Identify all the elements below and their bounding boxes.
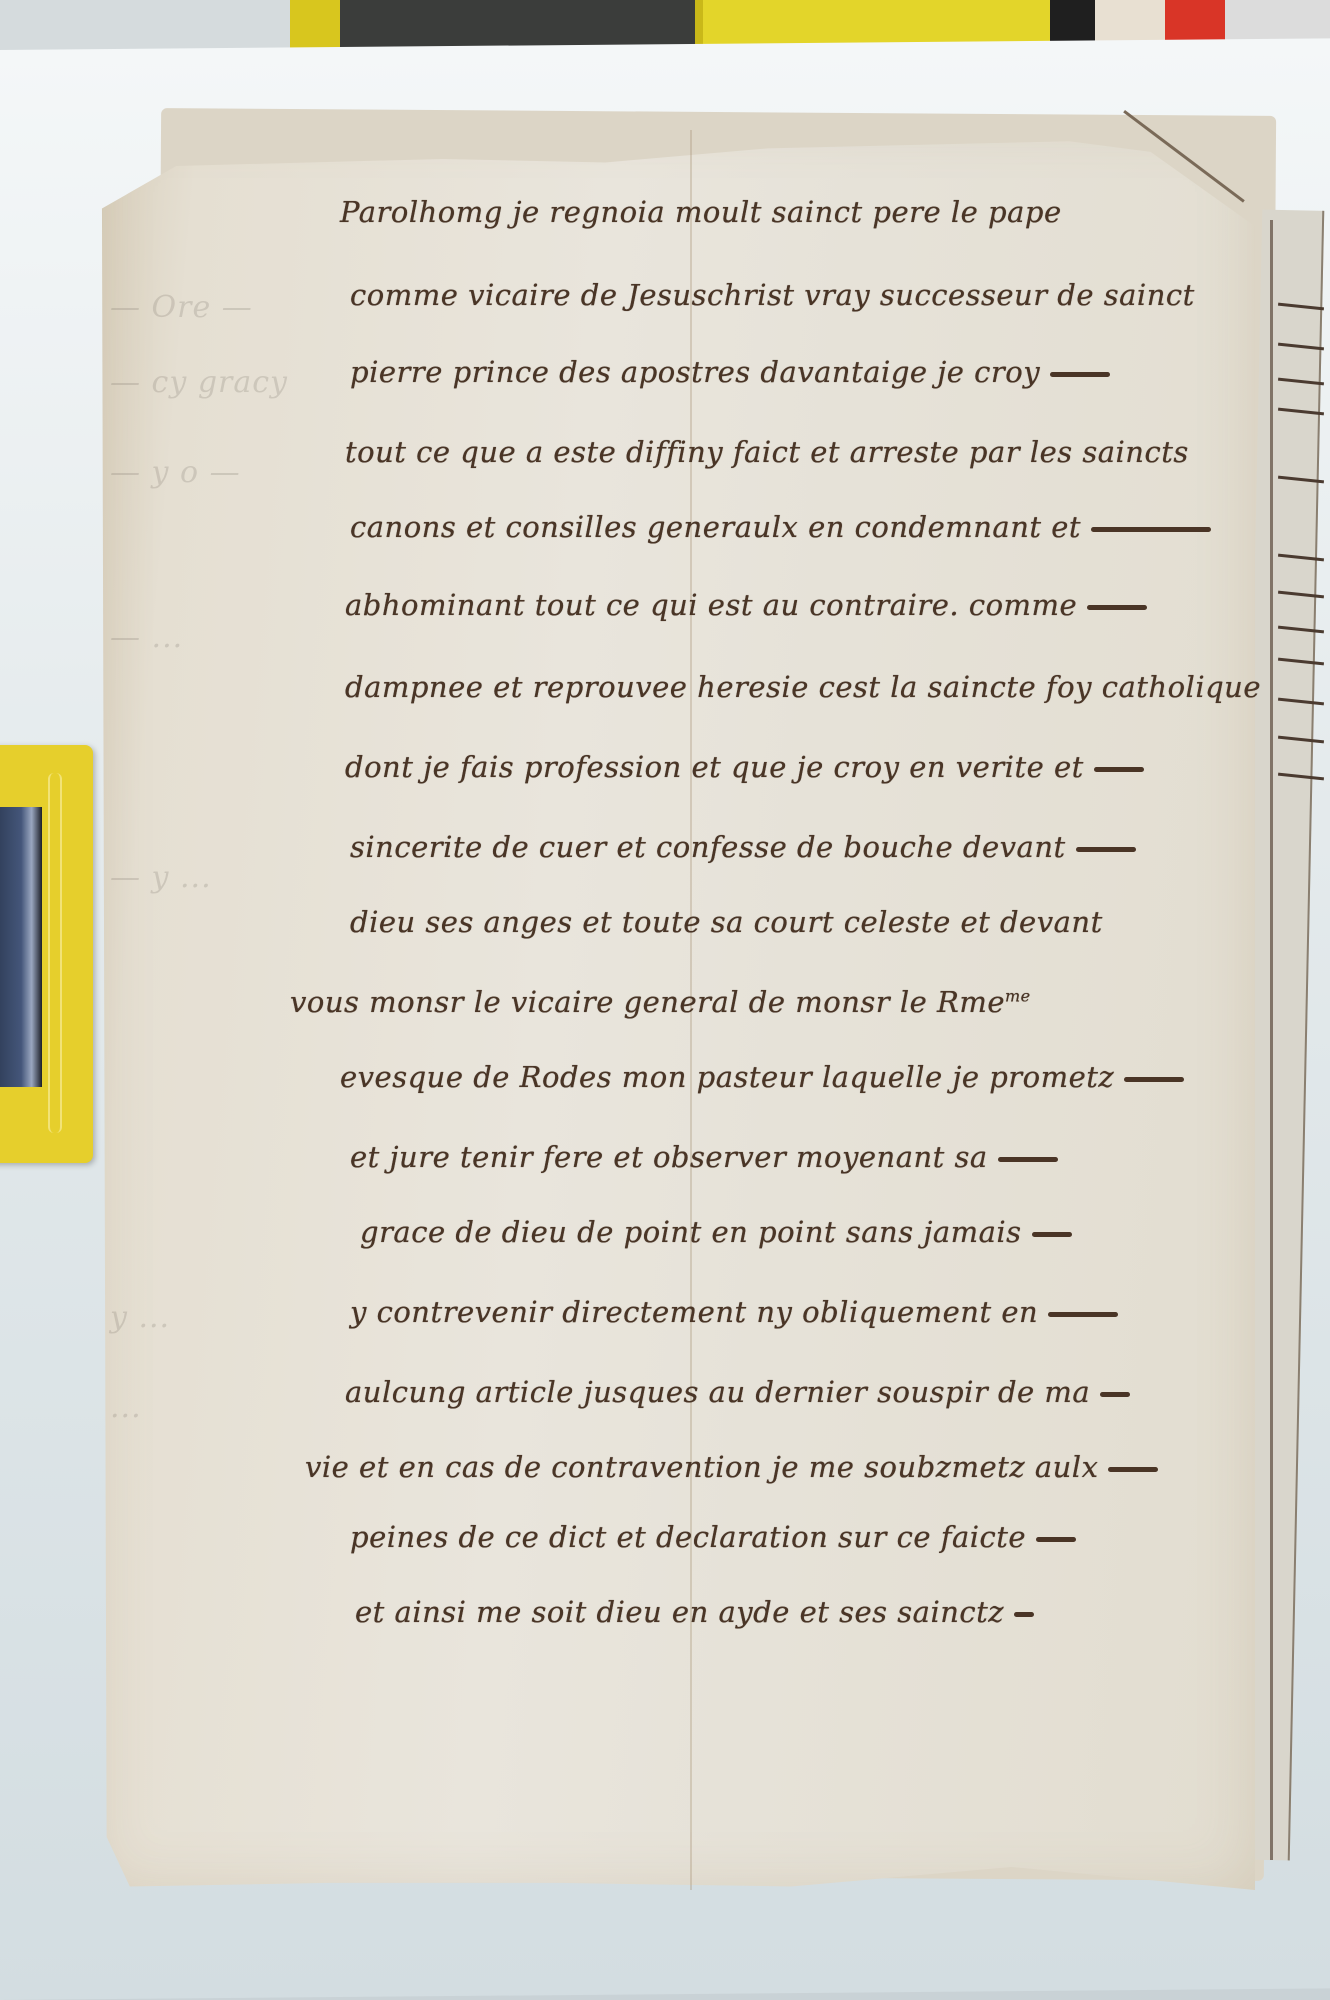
line-filler-dash [1100, 1392, 1130, 1397]
manuscript-line-17: vie et en cas de contravention je me sou… [305, 1450, 1158, 1484]
manuscript-line-5: canons et consilles generaulx en condemn… [350, 510, 1211, 544]
manuscript-line-7: dampnee et reprouvee heresie cest la sai… [345, 670, 1261, 704]
line-filler-dash [998, 1157, 1058, 1162]
line-filler-dash [1076, 847, 1136, 852]
manuscript-line-12: evesque de Rodes mon pasteur laquelle je… [340, 1060, 1184, 1094]
manuscript-line-3: pierre prince des apostres davantaige je… [350, 355, 1110, 389]
line-filler-dash [1108, 1467, 1158, 1472]
line-filler-dash [1036, 1537, 1076, 1542]
ghost-text: — ... [110, 620, 183, 655]
manuscript-line-18: peines de ce dict et declaration sur ce … [350, 1520, 1076, 1554]
manuscript-line-9: sincerite de cuer et confesse de bouche … [350, 830, 1136, 864]
ghost-text: — y o — [110, 455, 241, 490]
yellow-clip [0, 745, 93, 1163]
ghost-text: — Ore — [110, 290, 253, 325]
manuscript-line-14: grace de dieu de point en point sans jam… [360, 1215, 1072, 1249]
line-filler-dash [1087, 605, 1147, 610]
clip-dark-insert [0, 807, 42, 1087]
line-filler-dash [1050, 372, 1110, 377]
manuscript-line-2: comme vicaire de Jesuschrist vray succes… [350, 278, 1195, 312]
manuscript-line-16: aulcung article jusques au dernier sousp… [345, 1375, 1130, 1409]
line-filler-dash [1048, 1312, 1118, 1317]
ghost-text: y ... [110, 1300, 170, 1335]
ghost-text: — cy gracy [110, 365, 288, 400]
manuscript-line-13: et jure tenir fere et observer moyenant … [350, 1140, 1058, 1174]
line-filler-dash [1091, 527, 1211, 532]
manuscript-line-1: Parolhomg je regnoia moult sainct pere l… [340, 195, 1062, 229]
manuscript-line-11: vous monsr le vicaire general de monsr l… [290, 985, 1031, 1019]
clip-ridge [48, 773, 62, 1133]
page-right-edge [1270, 220, 1273, 1860]
line-filler-dash [1094, 767, 1144, 772]
manuscript-line-4: tout ce que a este diffiny faict et arre… [345, 435, 1189, 469]
superscript-abbreviation: me [1005, 986, 1031, 1005]
manuscript-line-19: et ainsi me soit dieu en ayde et ses sai… [355, 1595, 1034, 1629]
ghost-text: ... [110, 1390, 142, 1425]
manuscript-line-8: dont je fais profession et que je croy e… [345, 750, 1144, 784]
ghost-text: — y ... [110, 860, 212, 895]
manuscript-line-10: dieu ses anges et toute sa court celeste… [350, 905, 1103, 939]
line-filler-dash [1124, 1077, 1184, 1082]
manuscript-line-15: y contrevenir directement ny obliquement… [350, 1295, 1118, 1329]
manuscript-line-6: abhominant tout ce qui est au contraire.… [345, 588, 1147, 622]
line-filler-dash [1014, 1612, 1034, 1617]
line-filler-dash [1032, 1232, 1072, 1237]
